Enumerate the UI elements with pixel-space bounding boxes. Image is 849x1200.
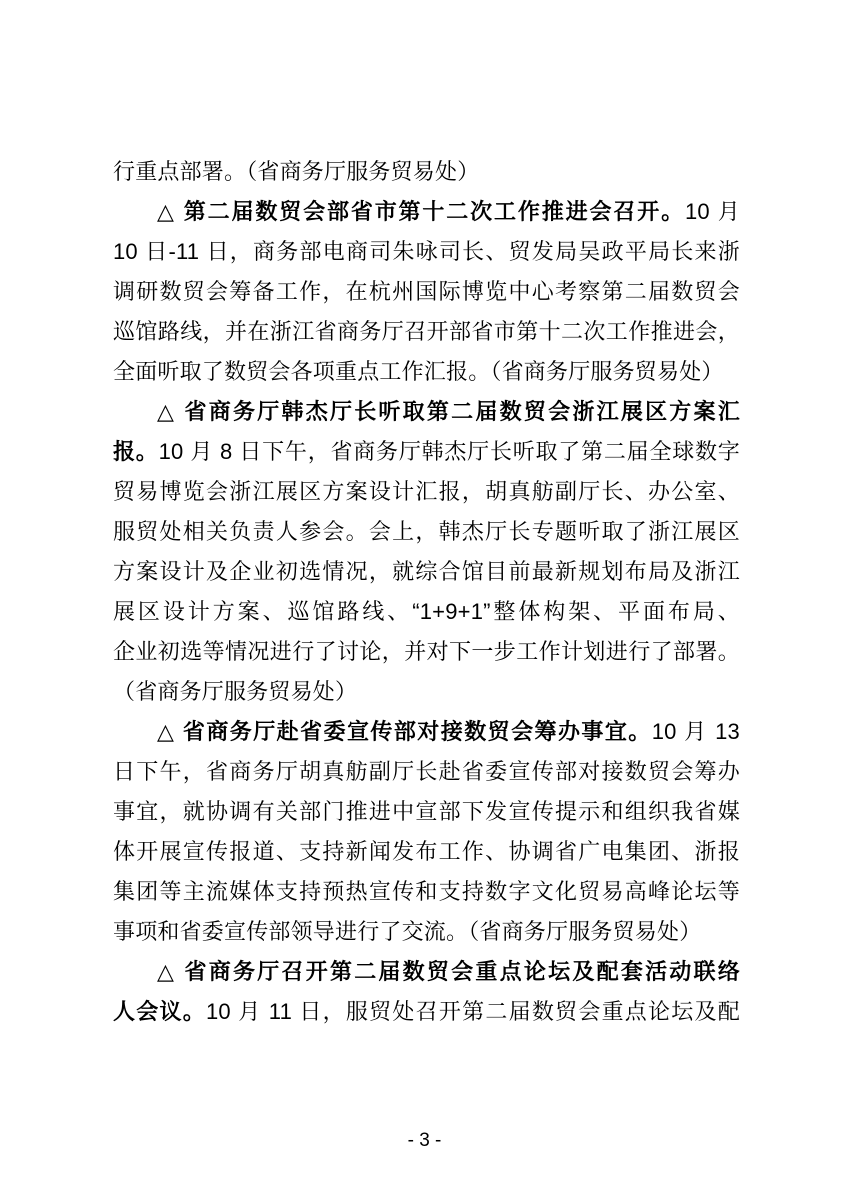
heading-run: 第二届数贸会部省市第十二次工作推进会召开。 <box>184 199 685 224</box>
body-run: 调研数贸会筹备工作，在杭州国际博览中心考察第二届数贸会 <box>113 279 740 304</box>
body-run: 贸易博览会浙江展区方案设计汇报，胡真舫副厅长、办公室、 <box>113 479 740 504</box>
text-line: 事项和省委宣传部领导进行了交流。（省商务厅服务贸易处） <box>113 912 740 952</box>
body-run: 10 月 <box>685 199 740 224</box>
body-run: 日下午，省商务厅胡真舫副厅长赴省委宣传部对接数贸会筹办 <box>113 759 740 784</box>
body-run: 集团等主流媒体支持预热宣传和支持数字文化贸易高峰论坛等 <box>113 879 740 904</box>
body-run: 体开展宣传报道、支持新闻发布工作、协调省广电集团、浙报 <box>113 839 740 864</box>
text-line: 行重点部署。（省商务厅服务贸易处） <box>113 152 740 192</box>
body-run: 展区设计方案、巡馆路线、“1+9+1”整体构架、平面布局、 <box>113 599 740 624</box>
body-run: 全面听取了数贸会各项重点工作汇报。（省商务厅服务贸易处） <box>113 359 724 384</box>
page-footer: - 3 - <box>0 1126 849 1156</box>
body-run: 事宜，就协调有关部门推进中宣部下发宣传提示和组织我省媒 <box>113 799 740 824</box>
text-line: △ 第二届数贸会部省市第十二次工作推进会召开。10 月 <box>113 192 740 232</box>
page-number: - 3 - <box>408 1130 442 1151</box>
body-run: 10 月 8 日下午，省商务厅韩杰厅长听取了第二届全球数字 <box>159 439 740 464</box>
text-line: △ 省商务厅赴省委宣传部对接数贸会筹办事宜。10 月 13 <box>113 712 740 752</box>
heading-run: 省商务厅赴省委宣传部对接数贸会筹办事宜。 <box>183 719 652 744</box>
body-run: 服贸处相关负责人参会。会上，韩杰厅长专题听取了浙江展区 <box>113 519 740 544</box>
heading-run: 省商务厅召开第二届数贸会重点论坛及配套活动联络 <box>185 959 740 984</box>
text-line: △ 省商务厅召开第二届数贸会重点论坛及配套活动联络 <box>113 952 740 992</box>
text-line: 事宜，就协调有关部门推进中宣部下发宣传提示和组织我省媒 <box>113 792 740 832</box>
text-line: 调研数贸会筹备工作，在杭州国际博览中心考察第二届数贸会 <box>113 272 740 312</box>
text-line: 展区设计方案、巡馆路线、“1+9+1”整体构架、平面布局、 <box>113 592 740 632</box>
document-page: 行重点部署。（省商务厅服务贸易处）△ 第二届数贸会部省市第十二次工作推进会召开。… <box>0 0 849 1200</box>
text-line: 报。10 月 8 日下午，省商务厅韩杰厅长听取了第二届全球数字 <box>113 432 740 472</box>
body-run: （省商务厅服务贸易处） <box>113 679 357 704</box>
text-line: 集团等主流媒体支持预热宣传和支持数字文化贸易高峰论坛等 <box>113 872 740 912</box>
body-run: 方案设计及企业初选情况，就综合馆目前最新规划布局及浙江 <box>113 559 740 584</box>
text-line: 巡馆路线，并在浙江省商务厅召开部省市第十二次工作推进会， <box>113 312 740 352</box>
body-run: 10 月 13 <box>652 719 740 744</box>
triangle-marker: △ <box>157 199 184 224</box>
text-line: 日下午，省商务厅胡真舫副厅长赴省委宣传部对接数贸会筹办 <box>113 752 740 792</box>
triangle-marker: △ <box>157 399 185 424</box>
text-line: 贸易博览会浙江展区方案设计汇报，胡真舫副厅长、办公室、 <box>113 472 740 512</box>
text-line: 人会议。10 月 11 日，服贸处召开第二届数贸会重点论坛及配 <box>113 992 740 1032</box>
triangle-marker: △ <box>157 719 183 744</box>
body-run: 行重点部署。（省商务厅服务贸易处） <box>113 159 479 184</box>
text-line: 体开展宣传报道、支持新闻发布工作、协调省广电集团、浙报 <box>113 832 740 872</box>
text-line: 企业初选等情况进行了讨论，并对下一步工作计划进行了部署。 <box>113 632 740 672</box>
body-run: 事项和省委宣传部领导进行了交流。（省商务厅服务贸易处） <box>113 919 701 944</box>
body-run: 企业初选等情况进行了讨论，并对下一步工作计划进行了部署。 <box>113 639 740 664</box>
body-run: 10 月 11 日，服贸处召开第二届数贸会重点论坛及配 <box>206 999 740 1024</box>
text-line: 方案设计及企业初选情况，就综合馆目前最新规划布局及浙江 <box>113 552 740 592</box>
text-line: 10 日-11 日，商务部电商司朱咏司长、贸发局吴政平局长来浙 <box>113 232 740 272</box>
text-line: 全面听取了数贸会各项重点工作汇报。（省商务厅服务贸易处） <box>113 352 740 392</box>
text-line: △ 省商务厅韩杰厅长听取第二届数贸会浙江展区方案汇 <box>113 392 740 432</box>
body-run: 10 日-11 日，商务部电商司朱咏司长、贸发局吴政平局长来浙 <box>113 239 740 264</box>
triangle-marker: △ <box>157 959 185 984</box>
text-line: （省商务厅服务贸易处） <box>113 672 740 712</box>
text-line: 服贸处相关负责人参会。会上，韩杰厅长专题听取了浙江展区 <box>113 512 740 552</box>
heading-run: 省商务厅韩杰厅长听取第二届数贸会浙江展区方案汇 <box>185 399 740 424</box>
heading-run: 报。 <box>113 439 159 464</box>
body-run: 巡馆路线，并在浙江省商务厅召开部省市第十二次工作推进会， <box>113 319 740 344</box>
document-body: 行重点部署。（省商务厅服务贸易处）△ 第二届数贸会部省市第十二次工作推进会召开。… <box>113 152 740 1032</box>
heading-run: 人会议。 <box>113 999 206 1024</box>
